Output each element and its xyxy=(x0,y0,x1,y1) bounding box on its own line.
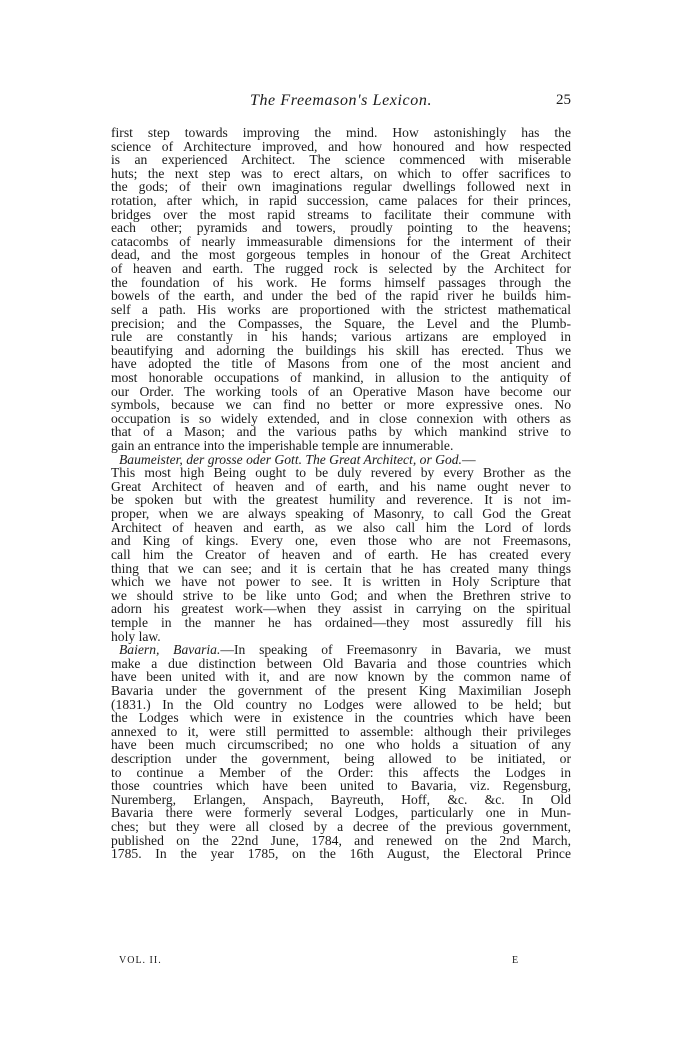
text-line: be spoken but with the greatest humility… xyxy=(111,493,571,507)
book-page: The Freemason's Lexicon. 25 first step t… xyxy=(0,0,677,1054)
text-line: Nuremberg, Erlangen, Anspach, Bayreuth, … xyxy=(111,793,571,807)
text-line: Architect of heaven and earth, as we als… xyxy=(111,521,571,535)
text-line: symbols, because we can find no better o… xyxy=(111,398,571,412)
text-line: which we have not power to see. It is wr… xyxy=(111,575,571,589)
text-line: beautifying and adorning the buildings h… xyxy=(111,344,571,358)
text-line: dead, and the most gorgeous temples in h… xyxy=(111,248,571,262)
text-line: Bavaria there were formerly several Lodg… xyxy=(111,806,571,820)
text-line: call him the Creator of heaven and of ea… xyxy=(111,548,571,562)
signature-mark: E xyxy=(512,955,518,966)
running-header: The Freemason's Lexicon. 25 xyxy=(111,92,571,112)
text-line: those countries which have been united t… xyxy=(111,779,571,793)
text-line: we should strive to be like unto God; an… xyxy=(111,589,571,603)
text-line: (1831.) In the Old country no Lodges wer… xyxy=(111,698,571,712)
page-number: 25 xyxy=(556,92,571,109)
text-line: adorn his greatest work—when they assist… xyxy=(111,602,571,616)
text-line: first step towards improving the mind. H… xyxy=(111,126,571,140)
text-line: rule are constantly in his hands; variou… xyxy=(111,330,571,344)
text-line: to continue a Member of the Order: this … xyxy=(111,766,571,780)
entry-heading-line: Baumeister, der grosse oder Gott. The Gr… xyxy=(111,453,571,467)
text-line: have been united with it, and are now kn… xyxy=(111,670,571,684)
text-line: have been much circumscribed; no one who… xyxy=(111,738,571,752)
text-line: huts; the next step was to erect altars,… xyxy=(111,167,571,181)
text-line: the Lodges which were in existence in th… xyxy=(111,711,571,725)
text-line: of heaven and earth. The rugged rock is … xyxy=(111,262,571,276)
text-line: catacombs of nearly immeasurable dimensi… xyxy=(111,235,571,249)
text-line: self a path. His works are proportioned … xyxy=(111,303,571,317)
page-footer: VOL. II. E xyxy=(111,955,571,969)
running-title: The Freemason's Lexicon. xyxy=(111,92,571,110)
entry-baumeister: Baumeister, der grosse oder Gott. The Gr… xyxy=(111,453,571,644)
text-line: is an experienced Architect. The science… xyxy=(111,153,571,167)
entry-first-line-text: —In speaking of Freemasonry in Bavaria, … xyxy=(220,642,571,657)
volume-signature: VOL. II. xyxy=(119,955,162,966)
text-line: published on the 22nd June, 1784, and re… xyxy=(111,834,571,848)
text-line: Bavaria under the government of the pres… xyxy=(111,684,571,698)
text-line: gain an entrance into the imperishable t… xyxy=(111,439,571,453)
text-line: make a due distinction between Old Bavar… xyxy=(111,657,571,671)
text-line: each other; pyramids and towers, proudly… xyxy=(111,221,571,235)
text-line: most honorable occupations of mankind, i… xyxy=(111,371,571,385)
paragraph-architecture-continued: first step towards improving the mind. H… xyxy=(111,126,571,453)
text-line: precision; and the Compasses, the Square… xyxy=(111,317,571,331)
text-line: rotation, after which, in rapid successi… xyxy=(111,194,571,208)
text-line: description under the government, being … xyxy=(111,752,571,766)
text-line: and King of kings. Every one, even those… xyxy=(111,534,571,548)
text-line: the gods; of their own imaginations regu… xyxy=(111,180,571,194)
text-line: that of a Mason; and the various paths b… xyxy=(111,425,571,439)
text-line: 1785. In the year 1785, on the 16th Augu… xyxy=(111,847,571,861)
entry-baiern: Baiern, Bavaria.—In speaking of Freemaso… xyxy=(111,643,571,861)
text-line: annexed to it, were still permitted to a… xyxy=(111,725,571,739)
entry-heading: Baiern, Bavaria. xyxy=(119,642,220,657)
entry-heading-line: Baiern, Bavaria.—In speaking of Freemaso… xyxy=(111,643,571,657)
text-line: bowels of the earth, and under the bed o… xyxy=(111,289,571,303)
text-line: Great Architect of heaven and of earth, … xyxy=(111,480,571,494)
text-line: occupation is so widely extended, and in… xyxy=(111,412,571,426)
text-line: science of Architecture improved, and ho… xyxy=(111,140,571,154)
text-line: our Order. The working tools of an Opera… xyxy=(111,385,571,399)
body-text: first step towards improving the mind. H… xyxy=(111,126,571,861)
text-line: bridges over the most rapid streams to f… xyxy=(111,208,571,222)
text-line: This most high Being ought to be duly re… xyxy=(111,466,571,480)
text-line: proper, when we are always speaking of M… xyxy=(111,507,571,521)
text-line: the foundation of his work. He forms him… xyxy=(111,276,571,290)
text-line: holy law. xyxy=(111,630,571,644)
text-line: have adopted the title of Masons from on… xyxy=(111,357,571,371)
text-line: temple in the manner he has ordained—the… xyxy=(111,616,571,630)
text-line: ches; but they were all closed by a decr… xyxy=(111,820,571,834)
text-line: thing that we can see; and it is certain… xyxy=(111,562,571,576)
